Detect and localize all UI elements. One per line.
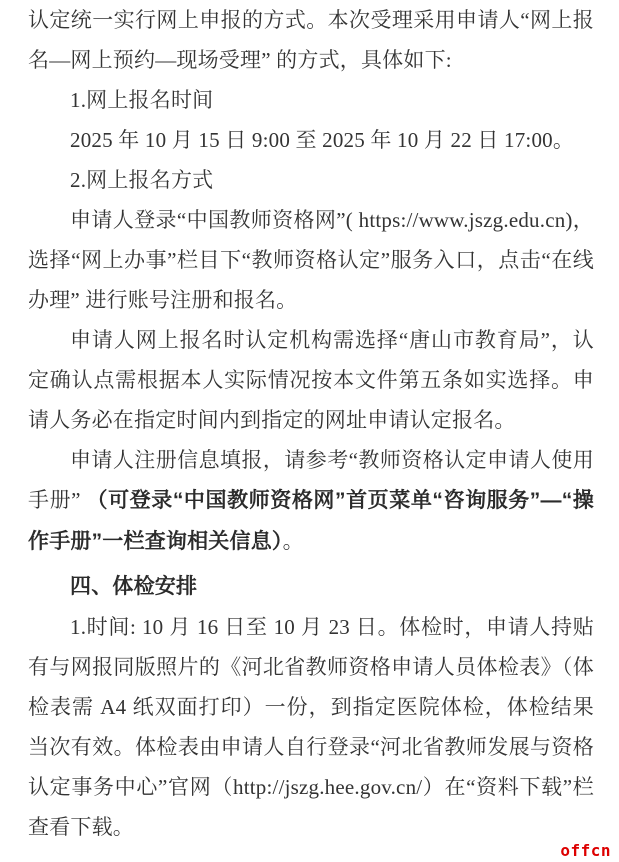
text-segment: 认定统一实行网上申报的方式。本次受理采用申请人“网上报名—网上预约—现场受理” …: [28, 8, 594, 72]
bold-text-segment: （可登录“中国教师资格网”首页菜单“咨询服务”—“操作手册”一栏查询相关信息）: [28, 489, 594, 553]
document-body: 认定统一实行网上申报的方式。本次受理采用申请人“网上报名—网上预约—现场受理” …: [28, 0, 594, 847]
text-segment: 申请人网上报名时认定机构需选择“唐山市教育局”，认定确认点需根据本人实际情况按本…: [28, 328, 594, 432]
offcn-watermark: offcn: [560, 841, 611, 860]
text-segment: 1.网上报名时间: [70, 88, 213, 112]
document-page: 认定统一实行网上申报的方式。本次受理采用申请人“网上报名—网上预约—现场受理” …: [0, 0, 619, 862]
text-segment: 2025 年 10 月 15 日 9:00 至 2025 年 10 月 22 日…: [70, 128, 574, 152]
text-segment: 申请人登录“中国教师资格网”( https://www.jszg.edu.cn)…: [28, 208, 594, 312]
text-segment: 。: [283, 529, 304, 553]
paragraph-item-2-manual: 申请人注册信息填报，请参考“教师资格认定申请人使用手册” （可登录“中国教师资格…: [28, 440, 594, 562]
paragraph-item-2-register: 申请人登录“中国教师资格网”( https://www.jszg.edu.cn)…: [28, 200, 594, 320]
paragraph-item-2-org-select: 申请人网上报名时认定机构需选择“唐山市教育局”，认定确认点需根据本人实际情况按本…: [28, 320, 594, 440]
paragraph-item-1-title: 1.网上报名时间: [28, 80, 594, 120]
text-segment: 1.时间: 10 月 16 日至 10 月 23 日。体检时，申请人持贴有与网报…: [28, 615, 594, 839]
paragraph-intro-continuation: 认定统一实行网上申报的方式。本次受理采用申请人“网上报名—网上预约—现场受理” …: [28, 0, 594, 80]
text-segment: 2.网上报名方式: [70, 168, 213, 192]
bold-text-segment: 四、体检安排: [70, 575, 197, 598]
paragraph-section-4-physical-exam: 1.时间: 10 月 16 日至 10 月 23 日。体检时，申请人持贴有与网报…: [28, 607, 594, 847]
paragraph-section-4-heading: 四、体检安排: [28, 567, 594, 607]
paragraph-item-2-title: 2.网上报名方式: [28, 160, 594, 200]
paragraph-item-1-time: 2025 年 10 月 15 日 9:00 至 2025 年 10 月 22 日…: [28, 120, 594, 160]
